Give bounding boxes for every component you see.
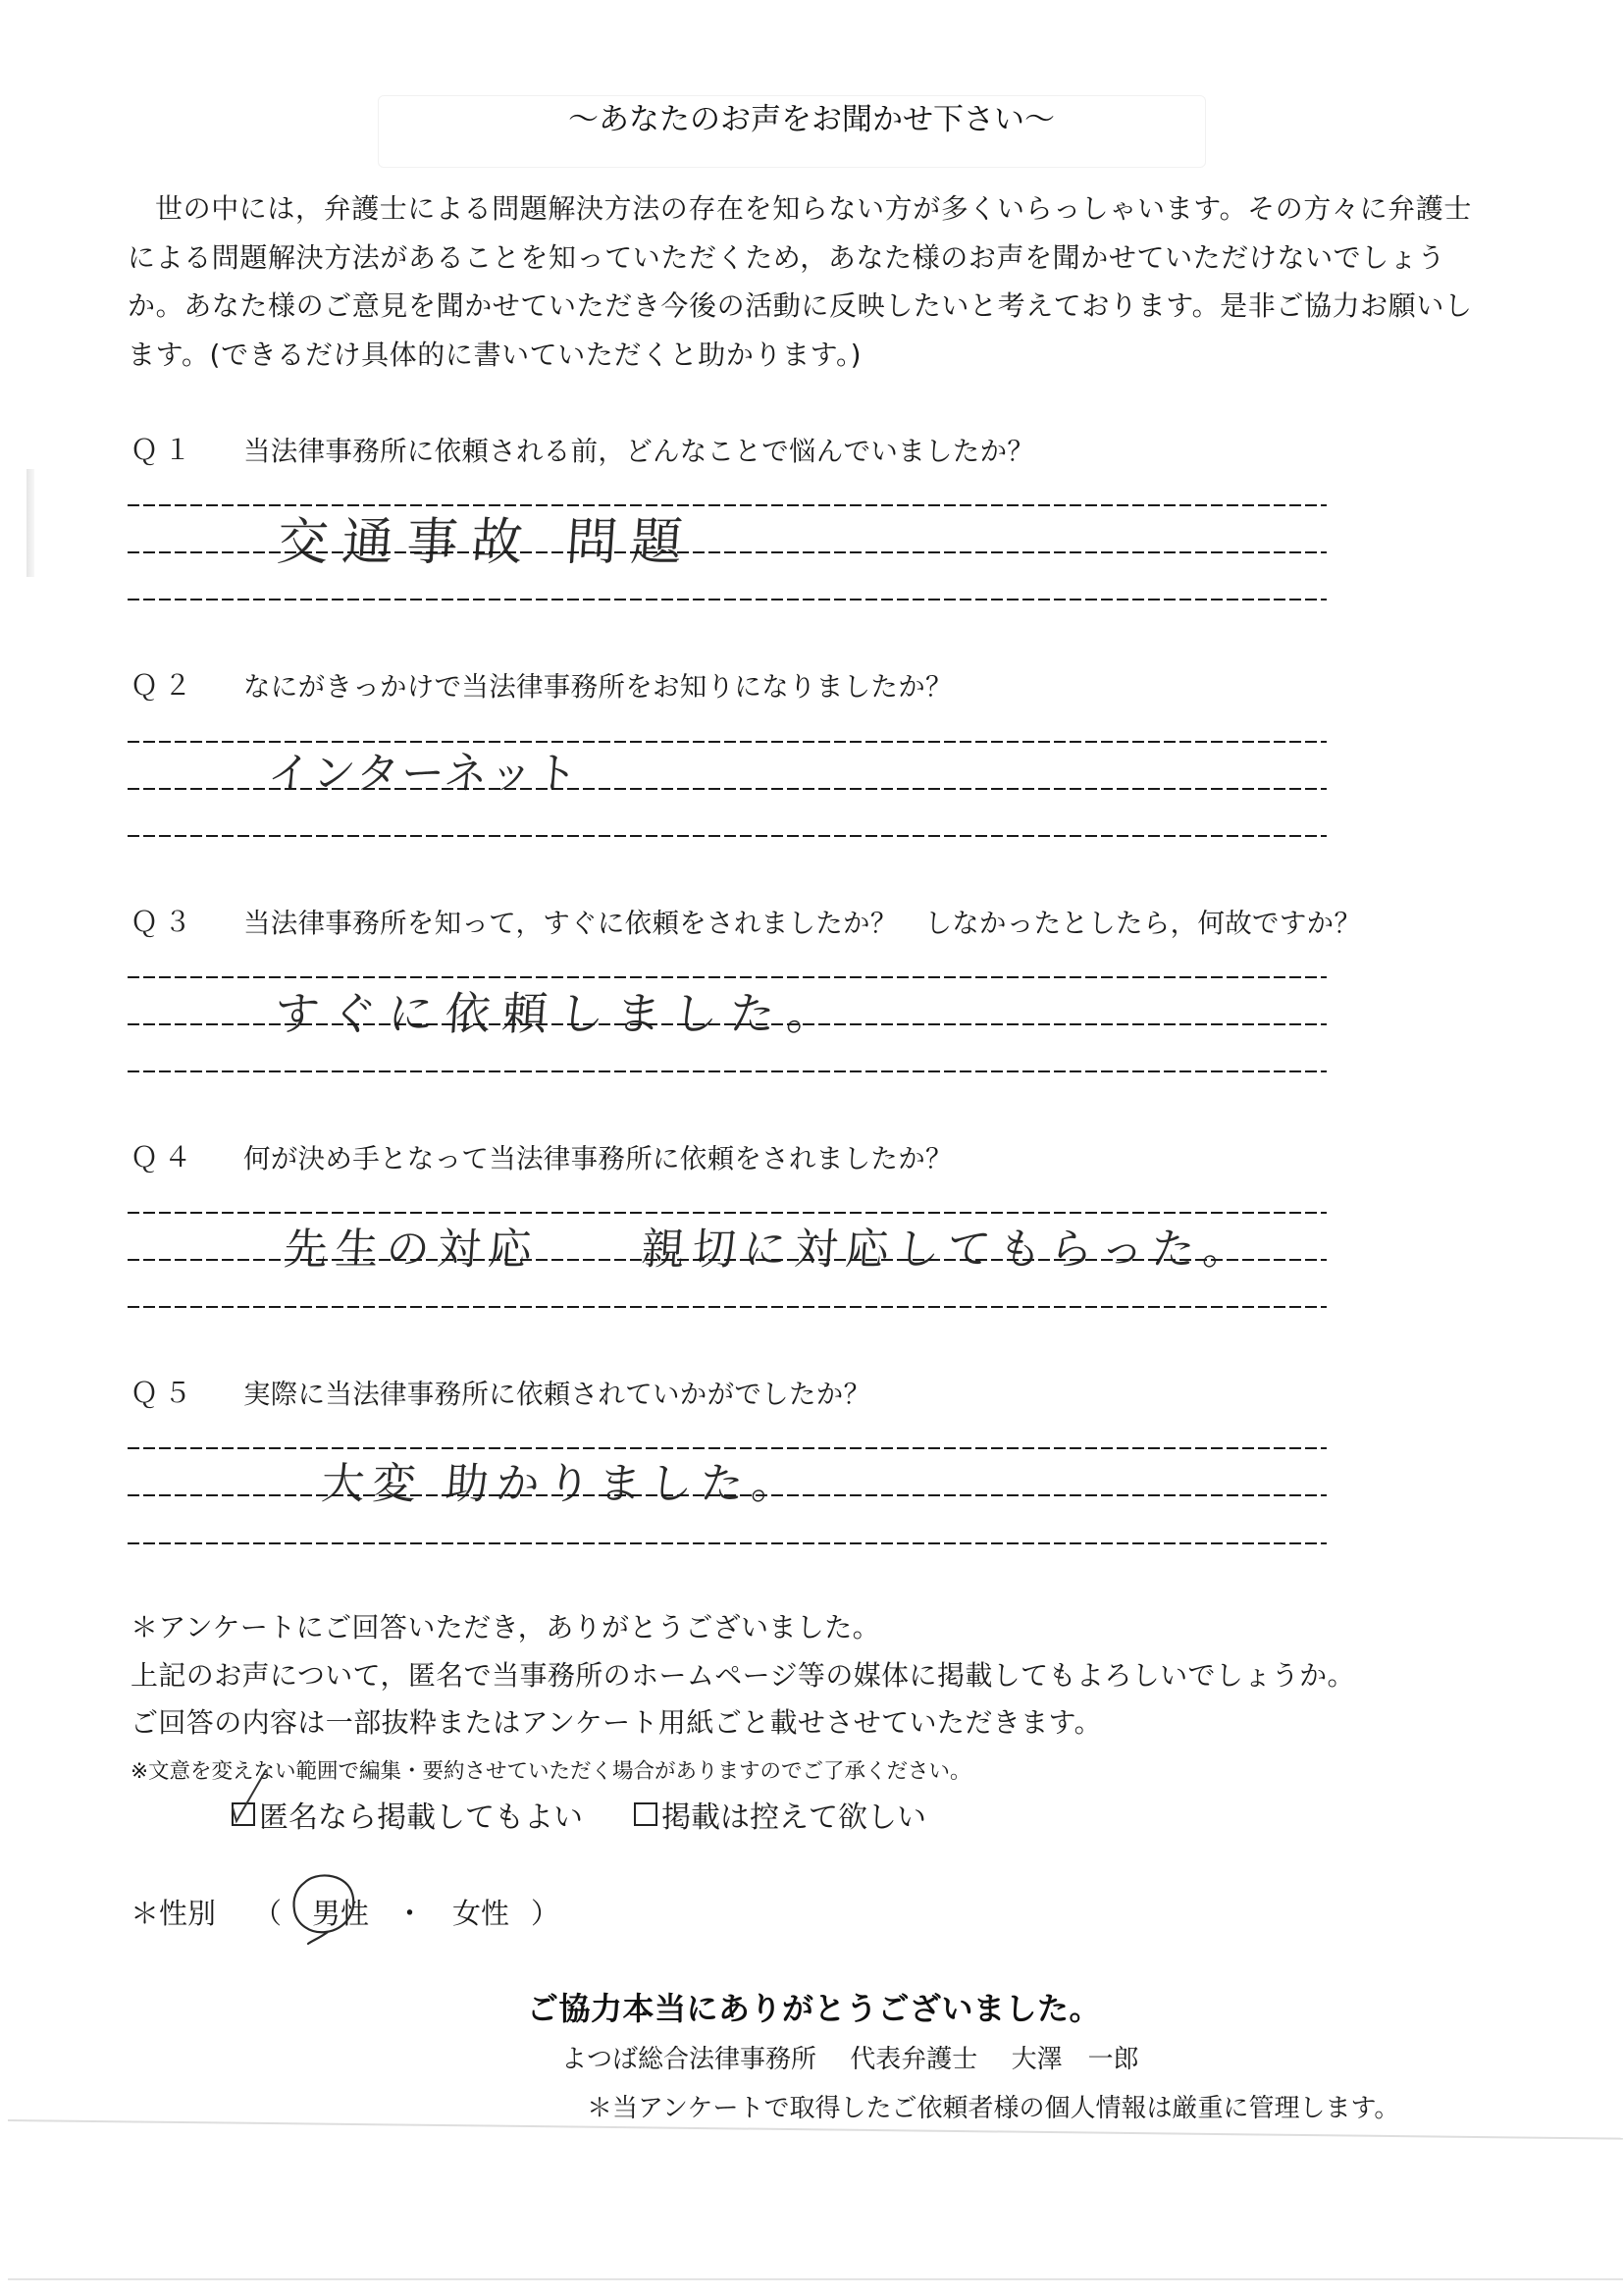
privacy-note: ＊当アンケートで取得したご依頼者様の個人情報は厳重に管理します。 bbox=[587, 2088, 1399, 2124]
question-text: 当法律事務所を知って，すぐに依頼をされましたか？ しなかったとしたら，何故ですか… bbox=[243, 901, 1361, 940]
answer-line bbox=[128, 788, 1327, 790]
publication-detail: ご回答の内容は一部抜粋またはアンケート用紙ごと載せさせていただきます。 bbox=[131, 1701, 1102, 1741]
option-label: 匿名なら掲載してもよい bbox=[259, 1793, 583, 1836]
question-text: なにがきっかけで当法律事務所をお知りになりましたか？ bbox=[243, 664, 953, 704]
answer-line bbox=[128, 835, 1327, 837]
answer-line bbox=[128, 551, 1327, 553]
intro-line: 世の中には，弁護士による問題解決方法の存在を知らない方が多くいらっしゃいます。そ… bbox=[128, 184, 1521, 234]
selection-circle-icon bbox=[285, 1869, 363, 1948]
question-text: 何が決め手となって当法律事務所に依頼をされましたか？ bbox=[243, 1136, 953, 1175]
answer-line bbox=[128, 1494, 1327, 1496]
handwritten-answer[interactable]: 大変 助かりました。 bbox=[320, 1448, 805, 1511]
thanks-note: ＊アンケートにご回答いただき，ありがとうございました。 bbox=[131, 1606, 880, 1645]
answer-line bbox=[128, 599, 1327, 600]
answer-line bbox=[128, 1542, 1327, 1544]
intro-line: ます。(できるだけ具体的に書いていただくと助かります。) bbox=[128, 331, 1521, 380]
question-label: Ｑ５ bbox=[131, 1372, 197, 1411]
question-label: Ｑ１ bbox=[131, 429, 197, 468]
answer-line bbox=[128, 1259, 1327, 1261]
checkmark-icon bbox=[229, 1766, 278, 1825]
open-paren: （ bbox=[253, 1892, 282, 1932]
representative-title: 代表弁護士 bbox=[850, 2045, 977, 2074]
separator: ・ bbox=[395, 1892, 424, 1932]
intro-line: による問題解決方法があることを知っていただくため，あなた様のお声を聞かせていただ… bbox=[128, 234, 1521, 283]
close-paren: ） bbox=[531, 1892, 559, 1932]
handwritten-answer[interactable]: すぐに依頼しました。 bbox=[273, 978, 847, 1043]
office-signature: よつば総合法律事務所 代表弁護士 大澤 一郎 bbox=[561, 2039, 1165, 2075]
question-text: 当法律事務所に依頼される前，どんなことで悩んでいましたか？ bbox=[243, 429, 1034, 468]
representative-name: 大澤 一郎 bbox=[1012, 2045, 1139, 2074]
office-name: よつば総合法律事務所 bbox=[561, 2045, 816, 2074]
answer-line bbox=[128, 1070, 1327, 1072]
option-label: 掲載は控えて欲しい bbox=[661, 1793, 926, 1836]
option-anonymous-ok[interactable]: 匿名なら掲載してもよい bbox=[232, 1793, 583, 1836]
question-label: Ｑ２ bbox=[131, 664, 197, 704]
page-title: ～あなたのお声をお聞かせ下さい～ bbox=[0, 94, 1623, 138]
intro-line: か。あなた様のご意見を聞かせていただき今後の活動に反映したいと考えております。是… bbox=[128, 282, 1521, 331]
publication-question: 上記のお声について，匿名で当事務所のホームページ等の媒体に掲載してもよろしいでし… bbox=[131, 1654, 1355, 1694]
option-decline[interactable]: 掲載は控えて欲しい bbox=[634, 1793, 926, 1836]
handwritten-answer[interactable]: 先生の対応 親切に対応してもらった。 bbox=[283, 1214, 1256, 1277]
answer-line bbox=[128, 1023, 1327, 1025]
answer-line bbox=[128, 1306, 1327, 1308]
scan-artifact-shadow bbox=[26, 469, 34, 577]
gender-label: ＊性別 bbox=[131, 1892, 216, 1932]
gender-option-female[interactable]: 女性 bbox=[452, 1892, 509, 1932]
question-text: 実際に当法律事務所に依頼されていかがでしたか？ bbox=[243, 1372, 870, 1411]
checkbox[interactable] bbox=[634, 1802, 657, 1826]
thanks-footer: ご協力本当にありがとうございました。 bbox=[527, 1984, 1101, 2029]
handwritten-answer[interactable]: インターネット bbox=[266, 738, 583, 801]
handwritten-answer[interactable]: 交通事故 問題 bbox=[275, 500, 699, 574]
question-label: Ｑ３ bbox=[131, 901, 197, 940]
question-label: Ｑ４ bbox=[131, 1136, 197, 1175]
intro-paragraph: 世の中には，弁護士による問題解決方法の存在を知らない方が多くいらっしゃいます。そ… bbox=[128, 184, 1521, 379]
scan-artifact-line bbox=[8, 2278, 1623, 2280]
